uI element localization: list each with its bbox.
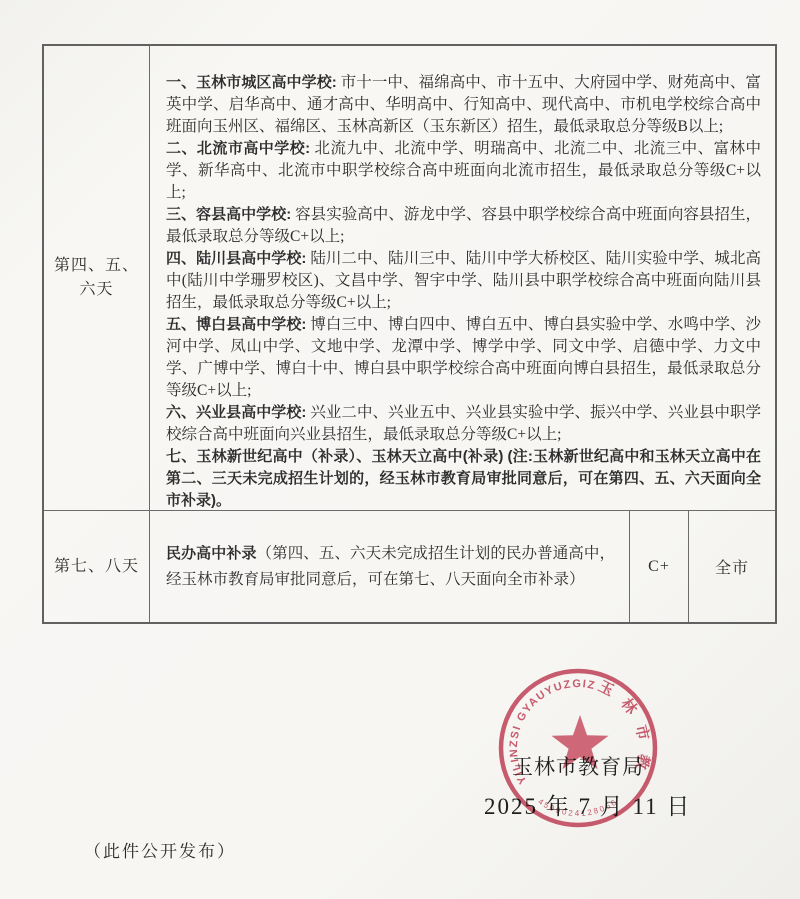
row1-school-list-cell: 一、玉林市城区高中学校: 市十一中、福绵高中、市十五中、大府园中学、财苑高中、富… bbox=[150, 46, 775, 510]
section-supplementary-note: 七、玉林新世纪高中（补录）、玉林天立高中(补录) (注:玉林新世纪高中和玉林天立… bbox=[166, 446, 761, 512]
section-rongxian-schools: 三、容县高中学校: 容县实验高中、游龙中学、容县中职学校综合高中班面向容县招生，… bbox=[166, 204, 761, 248]
section-xingye-schools: 六、兴业县高中学校: 兴业二中、兴业五中、兴业县实验中学、振兴中学、兴业县中职学… bbox=[166, 402, 761, 446]
admission-schedule-table: 第四、五、 六天 一、玉林市城区高中学校: 市十一中、福绵高中、市十五中、大府园… bbox=[42, 44, 777, 624]
section-5-head: 五、博白县高中学校: bbox=[166, 316, 306, 333]
section-city-schools: 一、玉林市城区高中学校: 市十一中、福绵高中、市十五中、大府园中学、财苑高中、富… bbox=[166, 72, 761, 138]
section-7-head: 七、玉林新世纪高中（补录）、玉林天立高中(补录) bbox=[166, 448, 503, 465]
scope-cell: 全市 bbox=[689, 510, 775, 622]
min-grade-cell: C+ bbox=[630, 510, 689, 622]
star-icon bbox=[551, 715, 608, 769]
section-6-head: 六、兴业县高中学校: bbox=[166, 404, 306, 421]
official-seal: YILINZSI GYAUYUZGIZ 玉 林 市 教 育 局 45090241… bbox=[493, 663, 663, 833]
section-beiliu-schools: 二、北流市高中学校: 北流九中、北流中学、明瑞高中、北流二中、北流三中、富林中学… bbox=[166, 138, 761, 204]
section-bobai-schools: 五、博白县高中学校: 博白三中、博白四中、博白五中、博白县实验中学、水鸣中学、沙… bbox=[166, 314, 761, 402]
public-release-note: （此件公开发布） bbox=[84, 837, 236, 862]
private-school-makeup-text: 民办高中补录（第四、五、六天未完成招生计划的民办普通高中，经玉林市教育局审批同意… bbox=[166, 541, 615, 593]
row2-content-cell: 民办高中补录（第四、五、六天未完成招生计划的民办普通高中，经玉林市教育局审批同意… bbox=[150, 510, 630, 622]
row2-content-head: 民办高中补录 bbox=[166, 545, 257, 562]
section-2-head: 二、北流市高中学校: bbox=[166, 140, 310, 157]
day-label-days-4-5-6: 第四、五、 六天 bbox=[44, 46, 150, 510]
svg-text:4509024128066: 4509024128066 bbox=[536, 797, 619, 818]
section-luchuan-schools: 四、陆川县高中学校: 陆川二中、陆川三中、陆川中学大桥校区、陆川实验中学、城北高… bbox=[166, 248, 761, 314]
day-label-days-7-8: 第七、八天 bbox=[44, 510, 150, 622]
section-4-head: 四、陆川县高中学校: bbox=[166, 250, 306, 267]
seal-serial-number: 4509024128066 bbox=[536, 797, 619, 818]
section-1-head: 一、玉林市城区高中学校: bbox=[166, 74, 337, 91]
section-3-head: 三、容县高中学校: bbox=[166, 206, 291, 223]
